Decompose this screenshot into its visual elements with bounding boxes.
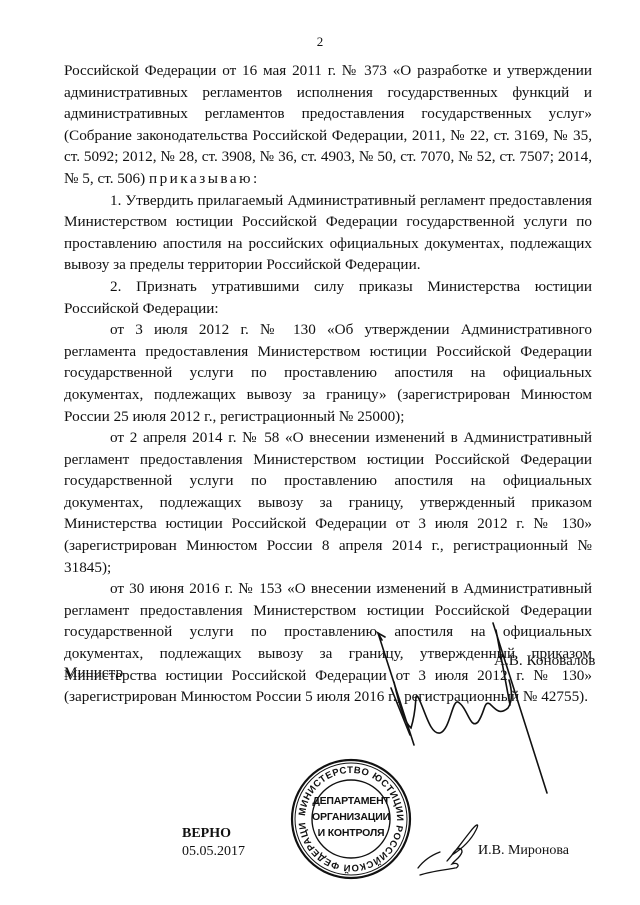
official-stamp: МИНИСТЕРСТВО ЮСТИЦИИ РОССИЙСКОЙ ФЕДЕРАЦИ… xyxy=(289,757,413,881)
certifier-name: И.В. Миронова xyxy=(478,843,569,859)
stamp-line-1: ДЕПАРТАМЕНТ xyxy=(289,793,413,809)
stamp-line-3: И КОНТРОЛЯ xyxy=(289,825,413,841)
certification-label: ВЕРНО xyxy=(182,826,231,842)
certifier-signature-icon xyxy=(418,825,478,875)
stamp-line-2: ОРГАНИЗАЦИИ xyxy=(289,809,413,825)
stamp-center-text: ДЕПАРТАМЕНТ ОРГАНИЗАЦИИ И КОНТРОЛЯ xyxy=(289,793,413,841)
certification-date: 05.05.2017 xyxy=(182,844,245,860)
